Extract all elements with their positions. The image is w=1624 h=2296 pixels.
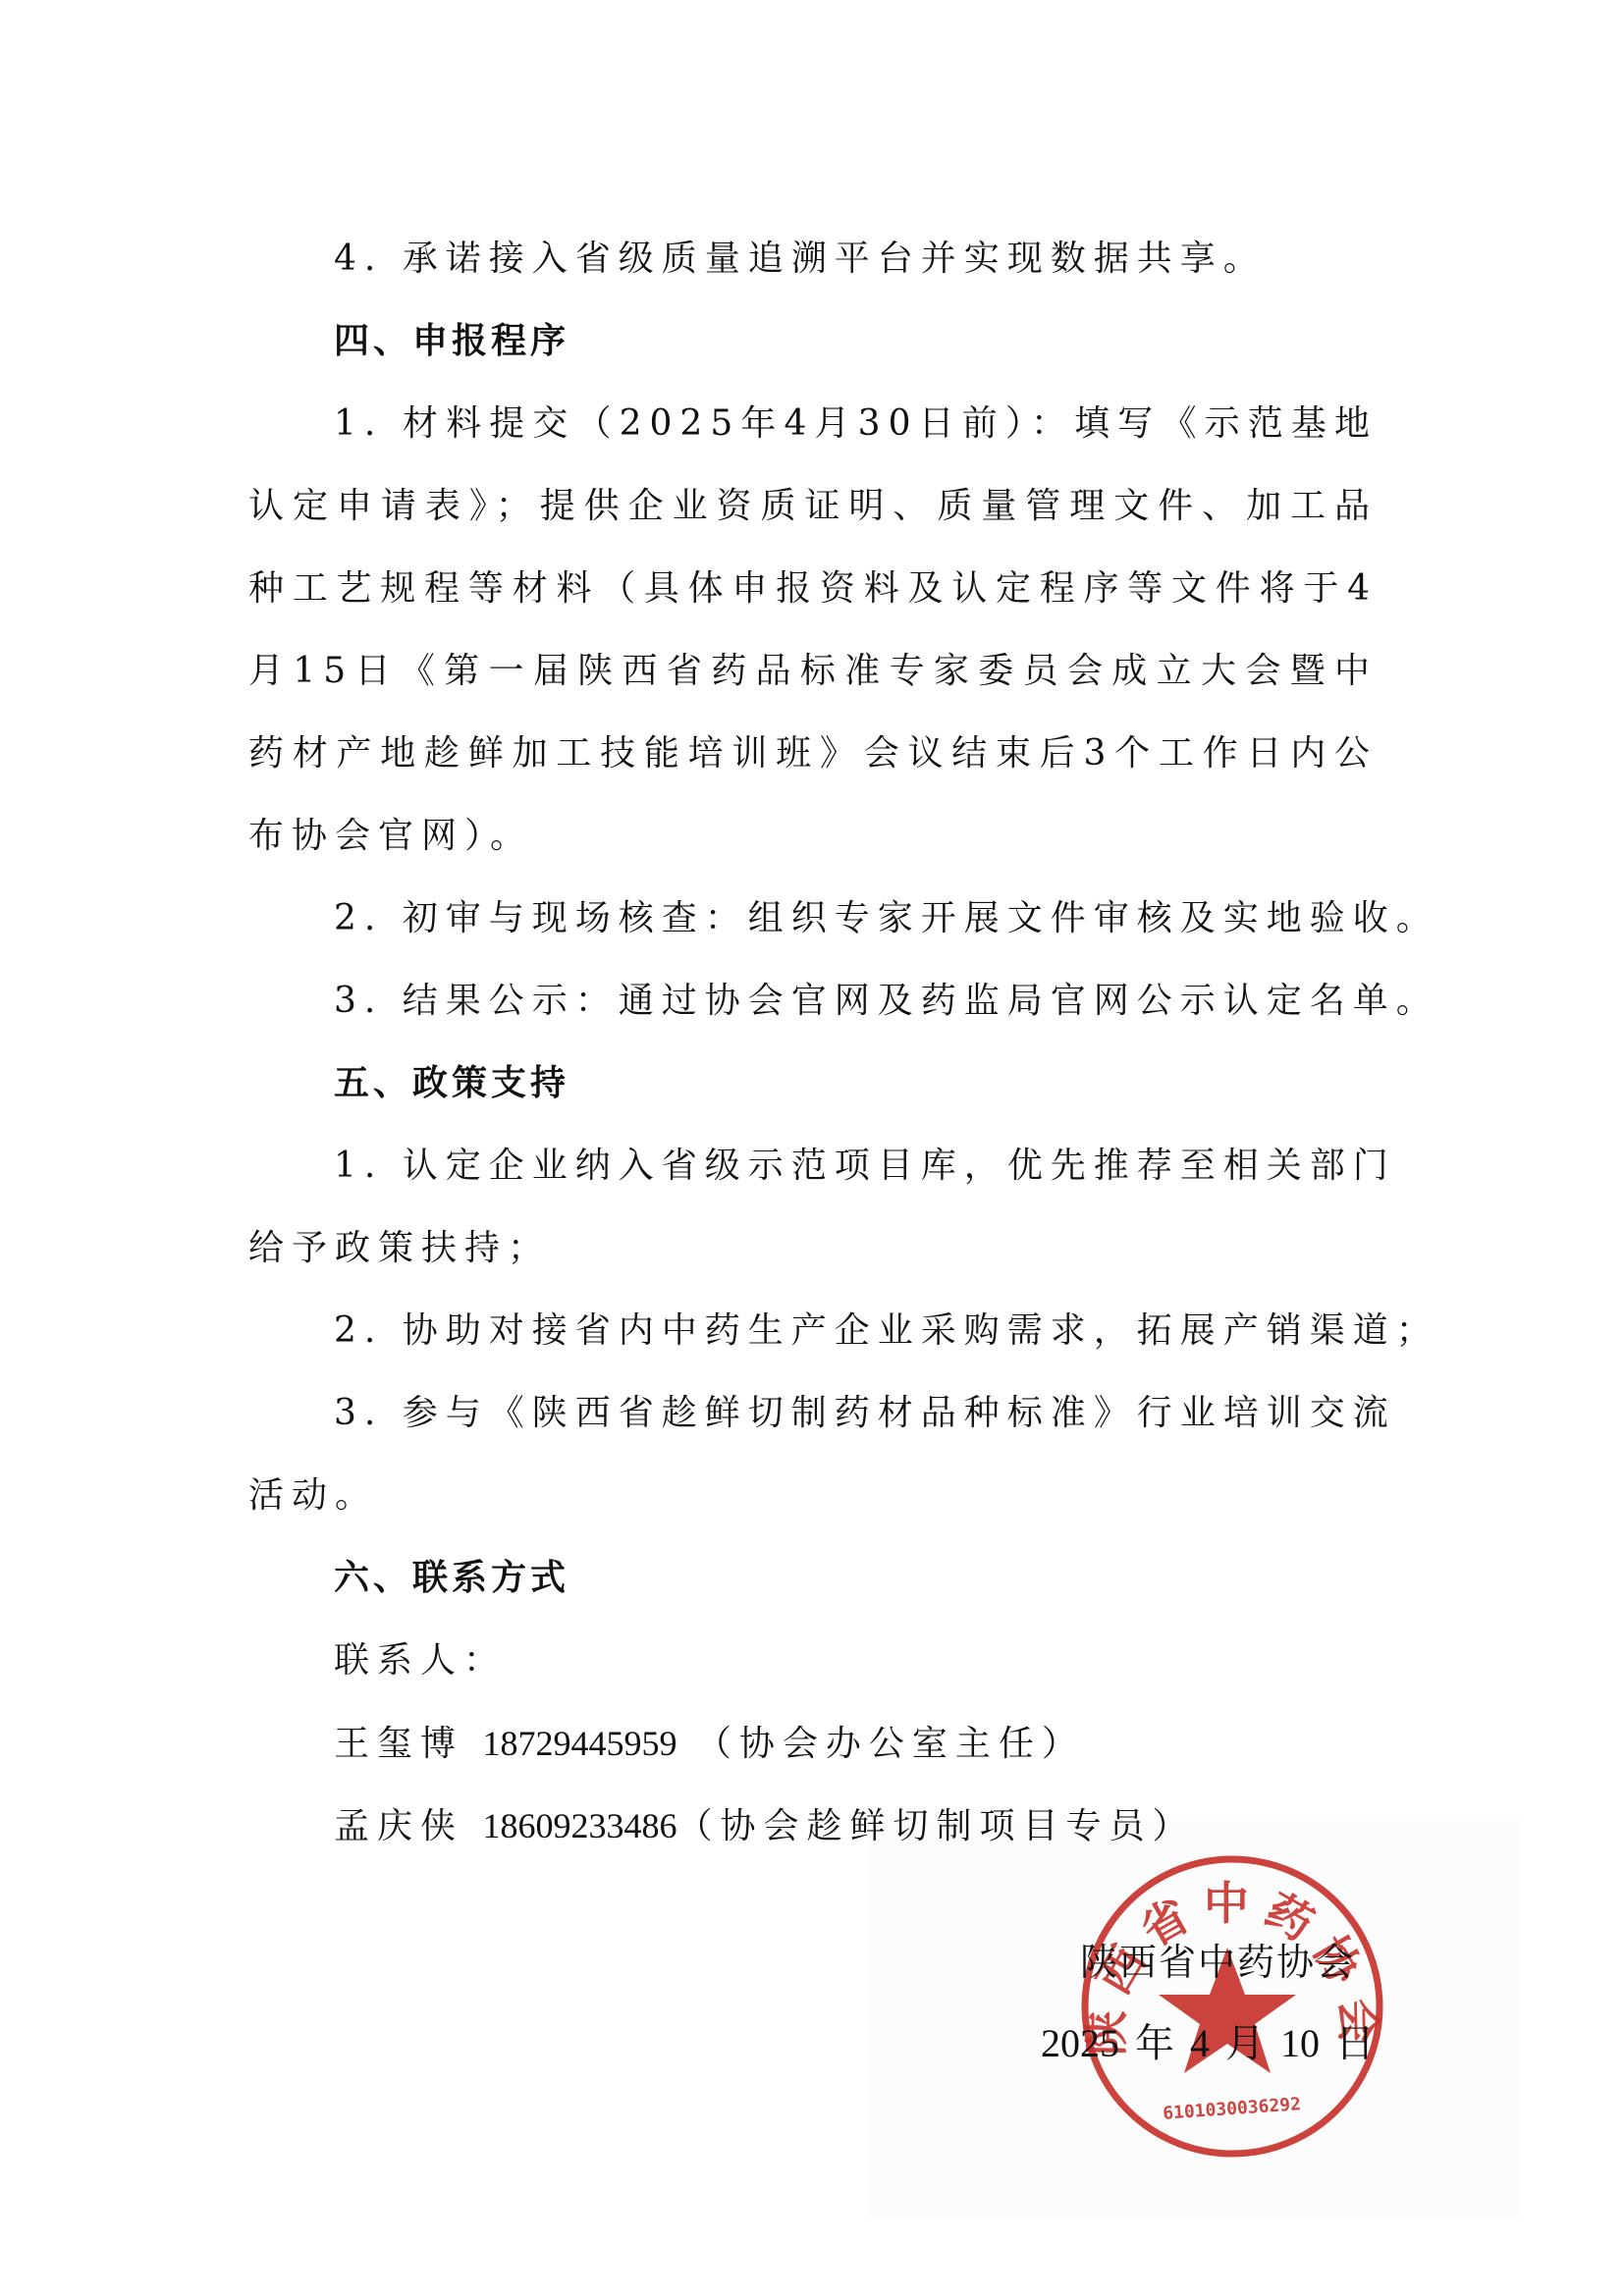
official-seal-icon: 陕西省中药协会 6101030036292 [1078, 1851, 1386, 2162]
procedure-item-1-line-1: 1. 材料提交（2025年4月30日前）：填写《示范基地 [248, 383, 1378, 465]
contact-phone: 18609233486 [482, 1806, 677, 1845]
issuing-organization: 陕西省中药协会 [1080, 1944, 1384, 1983]
contact-role: （协会办公室主任） [696, 1724, 1085, 1764]
policy-item-2: 2. 协助对接省内中药生产企业采购需求，拓展产销渠道； [248, 1290, 1378, 1372]
contact-name: 孟庆侠 [334, 1806, 463, 1846]
policy-item-3-line-1: 3. 参与《陕西省趁鲜切制药材品种标准》行业培训交流 [248, 1372, 1378, 1455]
procedure-item-1-line-2: 认定申请表》；提供企业资质证明、质量管理文件、加工品 [248, 465, 1378, 548]
procedure-item-1-line-6: 布协会官网）。 [248, 795, 1378, 878]
document-body: 4. 承诺接入省级质量追溯平台并实现数据共享。 四、申报程序 1. 材料提交（2… [248, 218, 1378, 1867]
svg-text:6101030036292: 6101030036292 [1163, 2094, 1302, 2124]
procedure-item-2: 2. 初审与现场核查：组织专家开展文件审核及实地验收。 [248, 878, 1378, 960]
contact-entry: 王玺博 18729445959 （协会办公室主任） [248, 1702, 1378, 1785]
policy-item-1-line-2: 给予政策扶持； [248, 1207, 1378, 1290]
procedure-item-3: 3. 结果公示：通过协会官网及药监局官网公示认定名单。 [248, 960, 1378, 1042]
section-heading-policy-support: 五、政策支持 [248, 1042, 1378, 1125]
contact-label: 联系人： [248, 1620, 1378, 1702]
procedure-item-1-line-5: 药材产地趁鲜加工技能培训班》会议结束后3个工作日内公 [248, 713, 1378, 795]
policy-item-3-line-2: 活动。 [248, 1455, 1378, 1537]
issue-date: 2025 年 4 月 10 日 [1041, 2022, 1375, 2065]
contact-phone: 18729445959 [482, 1724, 677, 1763]
contact-name: 王玺博 [334, 1724, 463, 1764]
section-heading-application-procedure: 四、申报程序 [248, 300, 1378, 383]
section-heading-contact: 六、联系方式 [248, 1537, 1378, 1620]
document-page: 4. 承诺接入省级质量追溯平台并实现数据共享。 四、申报程序 1. 材料提交（2… [0, 0, 1624, 2296]
requirement-item-4: 4. 承诺接入省级质量追溯平台并实现数据共享。 [248, 218, 1378, 300]
procedure-item-1-line-3: 种工艺规程等材料（具体申报资料及认定程序等文件将于4 [248, 548, 1378, 630]
procedure-item-1-line-4: 月15日《第一届陕西省药品标准专家委员会成立大会暨中 [248, 630, 1378, 713]
contact-role: （协会趁鲜切制项目专员） [677, 1806, 1195, 1846]
policy-item-1-line-1: 1. 认定企业纳入省级示范项目库，优先推荐至相关部门 [248, 1125, 1378, 1207]
